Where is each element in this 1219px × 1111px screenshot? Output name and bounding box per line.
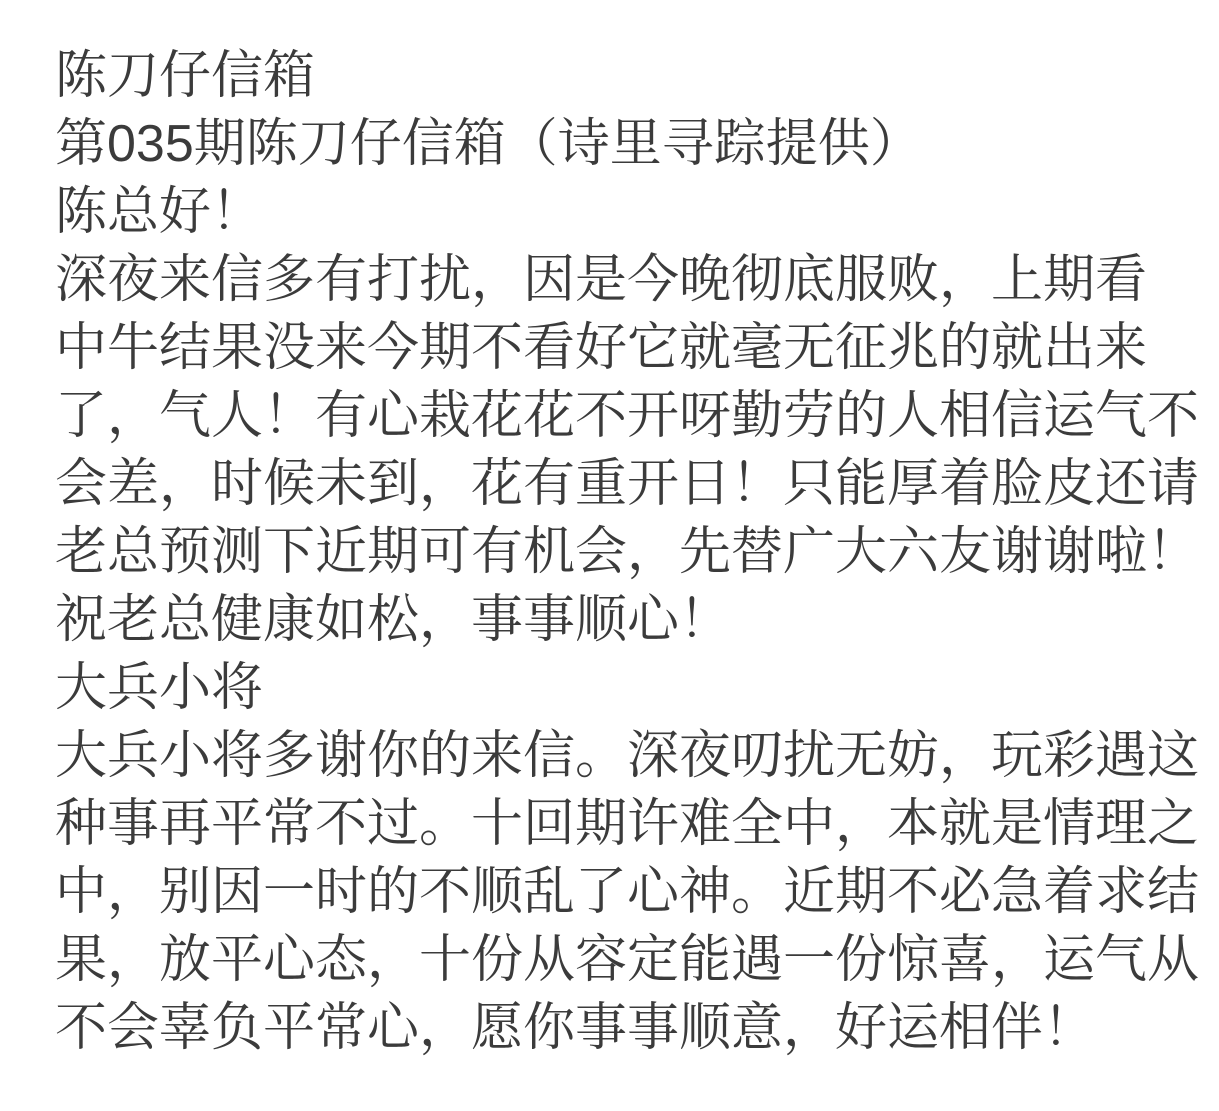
- letter-body: 深夜来信多有打扰，因是今晚彻底服败，上期看 中牛结果没来今期不看好它就毫无征兆的…: [55, 246, 1175, 654]
- reply-line: 大兵小将多谢你的来信。深夜叨扰无妨，玩彩遇这: [55, 722, 1175, 790]
- letter-line: 老总预测下近期可有机会，先替广大六友谢谢啦！: [55, 518, 1175, 586]
- letter-line: 深夜来信多有打扰，因是今晚彻底服败，上期看: [55, 246, 1175, 314]
- reply-line: 果，放平心态，十份从容定能遇一份惊喜，运气从: [55, 926, 1175, 994]
- reply-line: 中，别因一时的不顺乱了心神。近期不必急着求结: [55, 858, 1175, 926]
- letter-line: 中牛结果没来今期不看好它就毫无征兆的就出来: [55, 314, 1175, 382]
- sender-signature: 大兵小将: [55, 654, 1175, 722]
- reply-body: 大兵小将多谢你的来信。深夜叨扰无妨，玩彩遇这 种事再平常不过。十回期许难全中，本…: [55, 722, 1175, 1062]
- reply-line: 种事再平常不过。十回期许难全中，本就是情理之: [55, 790, 1175, 858]
- letter-page: 陈刀仔信箱 第035期陈刀仔信箱（诗里寻踪提供） 陈总好！ 深夜来信多有打扰，因…: [0, 0, 1219, 1111]
- letter-line: 祝老总健康如松，事事顺心！: [55, 586, 1175, 654]
- mailbox-title: 陈刀仔信箱: [55, 42, 1175, 110]
- reply-line: 不会辜负平常心，愿你事事顺意，好运相伴！: [55, 994, 1175, 1062]
- letter-line: 了，气人！有心栽花花不开呀勤劳的人相信运气不: [55, 382, 1175, 450]
- issue-subtitle: 第035期陈刀仔信箱（诗里寻踪提供）: [55, 110, 1175, 178]
- greeting-line: 陈总好！: [55, 178, 1175, 246]
- letter-line: 会差，时候未到，花有重开日！只能厚着脸皮还请: [55, 450, 1175, 518]
